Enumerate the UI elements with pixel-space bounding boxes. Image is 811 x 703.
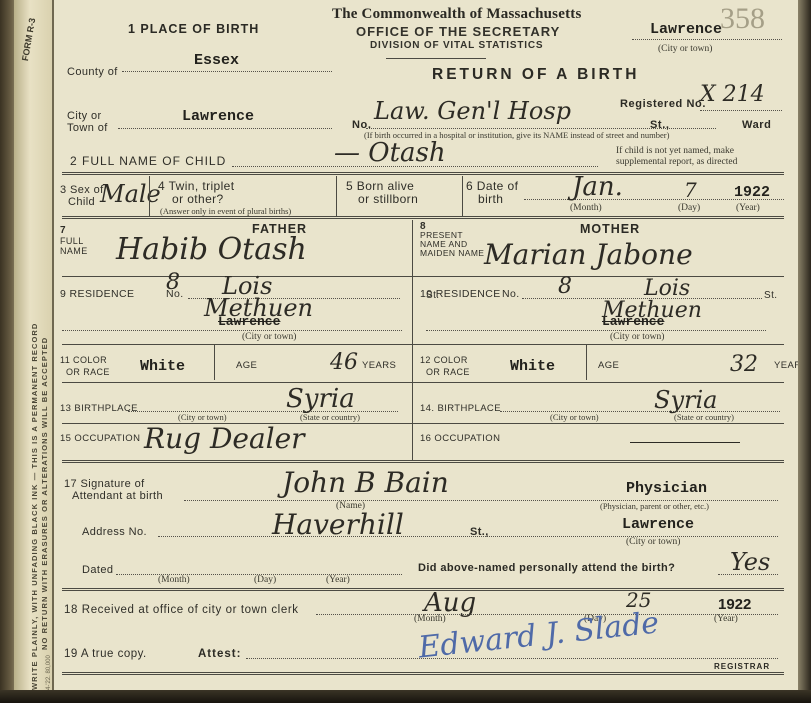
city-value: Lawrence (182, 108, 254, 125)
dob-year: 1922 (734, 184, 770, 201)
margin-strip: FORM R-3 WRITE PLAINLY, WITH UNFADING BL… (14, 0, 54, 690)
father-name-value: Habib Otash (116, 232, 307, 267)
attendant-label: 17 Signature of Attendant at birth (64, 478, 163, 502)
sex-label-1: 3 Sex of (60, 184, 104, 196)
header-city-line (632, 39, 782, 40)
father-num: 7 (60, 226, 88, 236)
header-city-caption: (City or town) (658, 44, 712, 54)
mother-cap-city: (City or town) (550, 412, 599, 422)
mother-color-label-2: OR RACE (420, 366, 470, 378)
father-years-label: YEARS (362, 360, 396, 371)
street-value: Law. Gen'l Hosp (374, 97, 571, 125)
mother-residence-label: 10 RESIDENCE (420, 288, 501, 300)
mother-occupation-dash (630, 442, 740, 443)
dob-month: Jan. (572, 172, 623, 202)
father-birthplace-label: 13 BIRTHPLACE (60, 403, 138, 414)
divider (336, 176, 337, 216)
dob-day: 7 (684, 178, 697, 202)
sex-label: 3 Sex of Child (60, 184, 104, 208)
father-color-label-2: OR RACE (60, 366, 110, 378)
mother-city-line (426, 330, 766, 331)
city-line (118, 128, 332, 129)
mother-city-struck: Lawrence (602, 314, 664, 329)
mother-color-label: 12 COLOR OR RACE (420, 354, 470, 378)
dated-cap-year: (Year) (326, 575, 350, 585)
attest-label: Attest: (198, 648, 241, 660)
registered-line (700, 110, 782, 111)
divider (62, 344, 412, 345)
born-label-2: or stillborn (346, 193, 418, 206)
office-heading: OFFICE OF THE SECRETARY (356, 24, 560, 39)
divider (62, 216, 784, 219)
dated-label: Dated (82, 564, 113, 576)
dob-label-2: birth (466, 193, 518, 206)
twin-label: 4 Twin, triplet or other? (158, 180, 234, 206)
dated-cap-month: (Month) (158, 575, 190, 585)
divider (412, 344, 784, 345)
attend-question: Did above-named personally attend the bi… (418, 562, 675, 574)
bottom-shadow (0, 690, 811, 703)
address-city-value: Lawrence (622, 516, 694, 533)
child-name-label: 2 FULL NAME OF CHILD (70, 154, 226, 168)
mother-age-value: 32 (730, 352, 758, 377)
attendant-label-2: Attendant at birth (64, 490, 163, 502)
divider (462, 176, 463, 216)
mother-name-value: Marian Jabone (484, 238, 693, 271)
father-city-caption: (City or town) (242, 332, 296, 342)
divider (62, 172, 784, 175)
child-name-value: — Otash (334, 138, 446, 168)
father-residence-no: 8 (166, 270, 180, 295)
dob-year-caption: (Year) (736, 203, 760, 213)
commonwealth-heading: The Commonwealth of Massachusetts (332, 6, 582, 23)
twin-note: (Answer only in event of plural births) (160, 206, 291, 216)
form-title: RETURN OF A BIRTH (432, 66, 639, 84)
child-name-note: If child is not yet named, make suppleme… (616, 146, 737, 168)
city-label: City or Town of (67, 110, 108, 134)
city-label-2: Town of (67, 122, 108, 134)
divider (586, 344, 587, 380)
address-st-label: St., (470, 526, 489, 538)
mother-birthplace-value: Syria (654, 386, 717, 414)
dob-month-caption: (Month) (570, 203, 602, 213)
column-divider (412, 220, 413, 460)
mother-heading: MOTHER (580, 222, 640, 236)
attest-line (246, 658, 778, 659)
place-of-birth-heading: 1 PLACE OF BIRTH (128, 22, 259, 36)
divider (62, 460, 784, 463)
received-cap-month: (Month) (414, 614, 446, 624)
father-occupation-label: 15 OCCUPATION (60, 433, 140, 444)
father-name-label: 7 FULL NAME (60, 226, 88, 256)
mother-color-label-1: 12 COLOR (420, 354, 470, 366)
registered-value: X 214 (700, 82, 765, 107)
county-label: County of (67, 66, 118, 78)
divider (412, 276, 784, 277)
child-name-note-2: supplemental report, as directed (616, 157, 737, 168)
mother-birthplace-label: 14. BIRTHPLACE (420, 403, 501, 414)
received-label: 18 Received at office of city or town cl… (64, 604, 299, 616)
attendant-label-1: 17 Signature of (64, 478, 163, 490)
divider (62, 672, 784, 675)
father-birthplace-value: Syria (286, 384, 355, 414)
attendant-role-value: Physician (626, 480, 707, 497)
attend-answer: Yes (730, 548, 770, 576)
received-year: 1922 (718, 596, 751, 613)
father-color-label-1: 11 COLOR (60, 354, 110, 366)
dob-label: 6 Date of birth (466, 180, 518, 206)
address-city-caption: (City or town) (626, 537, 680, 547)
county-line (122, 71, 332, 72)
father-name-label-1: FULL (60, 236, 88, 246)
born-label: 5 Born alive or stillborn (346, 180, 418, 206)
father-color-label: 11 COLOR OR RACE (60, 354, 110, 378)
father-cap-state: (State or country) (300, 412, 360, 422)
divider (412, 382, 784, 383)
division-heading: DIVISION OF VITAL STATISTICS (370, 40, 543, 51)
father-age-label: AGE (236, 360, 257, 371)
registered-label: Registered No. (620, 98, 706, 110)
sex-label-2: Child (60, 196, 104, 208)
mother-city-caption: (City or town) (610, 332, 664, 342)
mother-color-value: White (510, 358, 555, 375)
birth-record-page: 1 PLACE OF BIRTH The Commonwealth of Mas… (52, 0, 798, 690)
address-street: Haverhill (272, 508, 404, 541)
mother-st-label: St. (764, 290, 777, 301)
form-id: FORM R-3 (20, 17, 37, 62)
received-line (316, 614, 778, 615)
page-number: 358 (720, 2, 765, 36)
address-line (158, 536, 778, 537)
mother-cap-state: (State or country) (674, 412, 734, 422)
header-city: Lawrence (650, 21, 722, 38)
address-label: Address No. (82, 526, 147, 538)
divider (214, 344, 215, 380)
divider (62, 588, 784, 591)
mother-residence-no: 8 (558, 274, 572, 299)
received-cap-year: (Year) (714, 614, 738, 624)
child-name-note-1: If child is not yet named, make (616, 146, 737, 157)
dob-day-caption: (Day) (678, 203, 700, 213)
mother-no-label: No. (502, 288, 520, 300)
divider (62, 382, 412, 383)
margin-line-2: NO RETURN WITH ERASURES OR ALTERATIONS W… (40, 323, 50, 650)
father-color-value: White (140, 358, 185, 375)
mother-birthplace-line (500, 411, 780, 412)
twin-label-2: or other? (158, 193, 234, 206)
mother-occupation-label: 16 OCCUPATION (420, 433, 500, 444)
registrar-label: REGISTRAR (714, 662, 770, 671)
father-city-struck: Lawrence (218, 314, 280, 329)
father-city-line (62, 330, 402, 331)
attendant-role-caption: (Physician, parent or other, etc.) (600, 501, 709, 511)
mother-name-label: 8 PRESENT NAME AND MAIDEN NAME (420, 222, 484, 258)
true-copy-label: 19 A true copy. (64, 648, 147, 660)
divider (149, 176, 150, 216)
ward-label: Ward (742, 119, 772, 131)
father-occupation-value: Rug Dealer (144, 422, 305, 455)
dated-cap-day: (Day) (254, 575, 276, 585)
father-age-value: 46 (330, 350, 358, 375)
header-ornament (386, 58, 486, 59)
divider (412, 423, 784, 424)
mother-age-label: AGE (598, 360, 619, 371)
attendant-name-value: John B Bain (282, 466, 449, 499)
page-edge (798, 0, 811, 703)
mother-name-label-3: MAIDEN NAME (420, 249, 484, 258)
county-value: Essex (194, 52, 239, 69)
father-residence-label: 9 RESIDENCE (60, 288, 134, 300)
father-name-label-2: NAME (60, 246, 88, 256)
sex-value: Male (100, 180, 161, 208)
margin-instructions: WRITE PLAINLY, WITH UNFADING BLACK INK —… (30, 323, 50, 690)
margin-line-1: WRITE PLAINLY, WITH UNFADING BLACK INK —… (30, 323, 40, 690)
father-cap-city: (City or town) (178, 412, 227, 422)
city-label-1: City or (67, 110, 108, 122)
